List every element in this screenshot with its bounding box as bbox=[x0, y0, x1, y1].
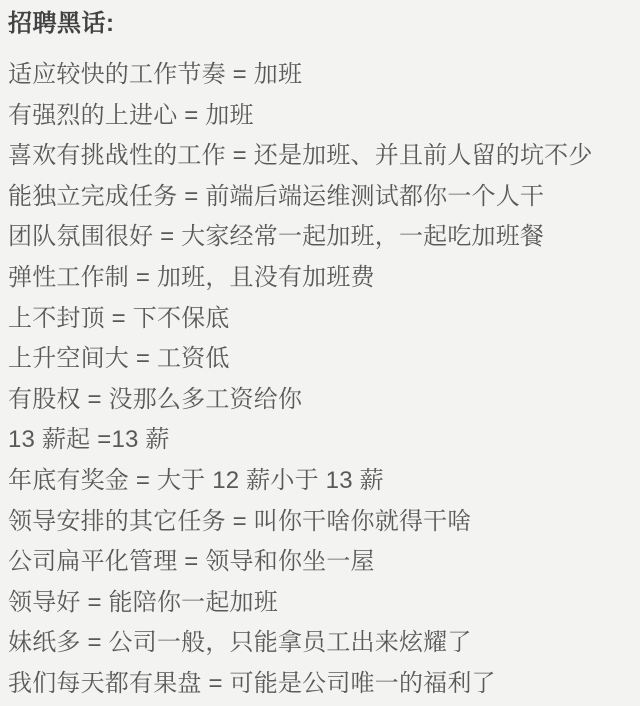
jargon-line: 领导好 = 能陪你一起加班 bbox=[8, 583, 634, 624]
jargon-line: 领导安排的其它任务 = 叫你干啥你就得干啥 bbox=[8, 502, 634, 543]
jargon-line: 喜欢有挑战性的工作 = 还是加班、并且前人留的坑不少 bbox=[8, 136, 634, 177]
jargon-line: 能独立完成任务 = 前端后端运维测试都你一个人干 bbox=[8, 177, 634, 218]
jargon-line: 上不封顶 = 下不保底 bbox=[8, 299, 634, 340]
jargon-line: 有强烈的上进心 = 加班 bbox=[8, 96, 634, 137]
jargon-line: 适应较快的工作节奏 = 加班 bbox=[8, 55, 634, 96]
jargon-line: 13 薪起 =13 薪 bbox=[8, 420, 634, 461]
jargon-line: 弹性工作制 = 加班，且没有加班费 bbox=[8, 258, 634, 299]
jargon-line: 有股权 = 没那么多工资给你 bbox=[8, 380, 634, 421]
jargon-list-document: 招聘黑话: 适应较快的工作节奏 = 加班 有强烈的上进心 = 加班 喜欢有挑战性… bbox=[0, 0, 640, 705]
jargon-line: 上升空间大 = 工资低 bbox=[8, 339, 634, 380]
jargon-line: 公司扁平化管理 = 领导和你坐一屋 bbox=[8, 542, 634, 583]
jargon-line: 团队氛围很好 = 大家经常一起加班，一起吃加班餐 bbox=[8, 217, 634, 258]
screenshot-root: { "title": "招聘黑话:", "lines": [ "适应较快的工作节… bbox=[0, 0, 640, 706]
jargon-line: 年底有奖金 = 大于 12 薪小于 13 薪 bbox=[8, 461, 634, 502]
jargon-line: 妹纸多 = 公司一般，只能拿员工出来炫耀了 bbox=[8, 623, 634, 664]
jargon-line: 我们每天都有果盘 = 可能是公司唯一的福利了 bbox=[8, 664, 634, 705]
page-title: 招聘黑话: bbox=[8, 8, 634, 40]
